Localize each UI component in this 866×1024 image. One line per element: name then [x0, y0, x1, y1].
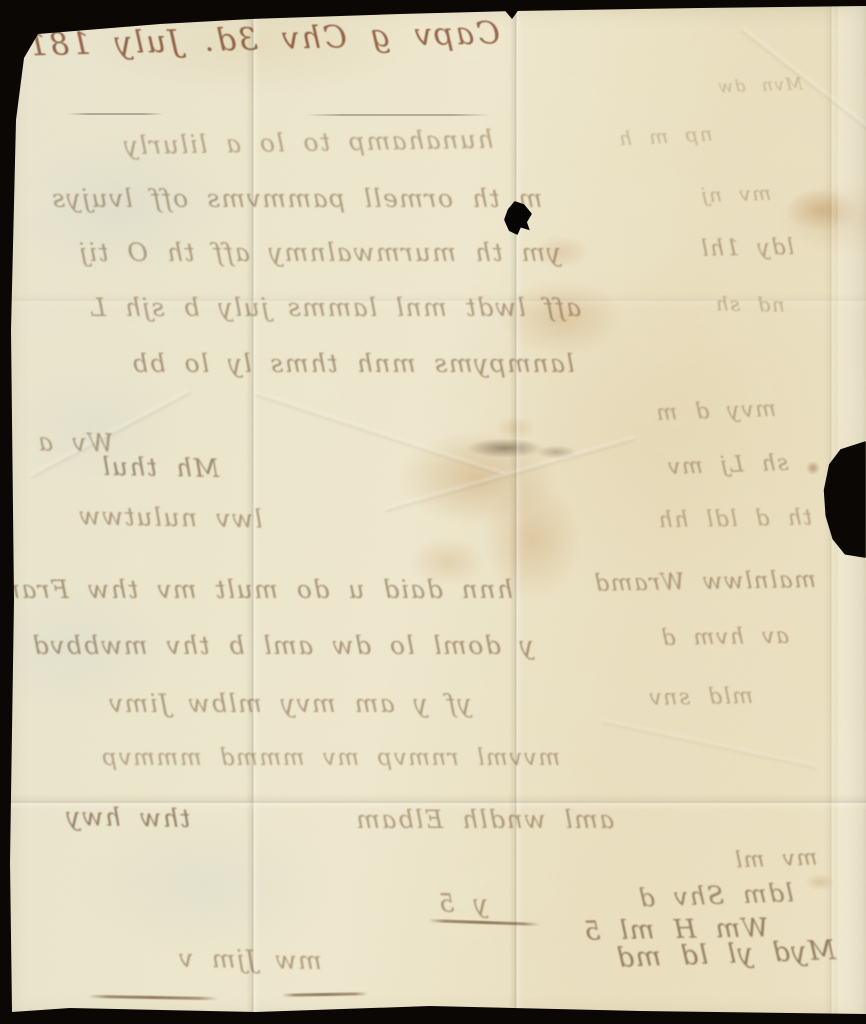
letter-paper: Capv g Chv 3d. July 1813 Mvn dwhunahamp … — [0, 0, 866, 1024]
photograph: Capv g Chv 3d. July 1813 Mvn dwhunahamp … — [0, 0, 866, 1024]
ruled-line — [305, 114, 490, 116]
ink-flourish — [428, 919, 540, 926]
handwriting-line: mvy d m — [578, 396, 854, 428]
handwriting-line: mv nj — [648, 181, 824, 207]
handwriting-line: mv ml — [688, 846, 864, 874]
handwriting-line: yf y am mvy mlbw Jimv — [92, 691, 487, 716]
handwriting-line: th d ldl hh — [612, 507, 857, 533]
handwriting-line: mld snv — [548, 684, 853, 711]
handwriting-line: hnn daid u do mult mv thw Framd — [18, 577, 513, 602]
ruled-line — [68, 113, 163, 115]
handwriting-line: mw Jjm v — [52, 944, 447, 976]
handwriting-line: lwv nulutww — [20, 502, 320, 532]
handwriting-line: m th ormell pammvms off lvujys — [24, 186, 569, 211]
handwriting-line: lanmpyms mnh thms ly lo bb — [20, 351, 685, 376]
handwriting-line: np m h — [565, 121, 766, 151]
handwriting-line: sh Lj mv — [600, 451, 856, 482]
handwriting-line: aff lwdt mnl lamms july b sjh L — [22, 295, 647, 320]
handwriting-line: ym th murmwalnmy aff th O tij — [22, 240, 617, 265]
handwriting-line: y doml lo dw aml b thv mwbbvd — [0, 633, 565, 658]
ink-flourish — [282, 992, 368, 997]
handwriting-line: aml wndlh Elbam — [262, 807, 707, 832]
handwriting-line: av hvm d — [592, 625, 857, 652]
handwriting-line: ldy 1hl — [652, 236, 842, 261]
handwriting-line: hunahamp to lo a lilurly — [58, 126, 558, 160]
handwriting-line: Mh thul — [30, 453, 290, 483]
handwriting-line: ldm Shv d — [598, 879, 834, 912]
handwriting-line: malnlww Wramd — [552, 568, 857, 596]
handwriting-line: Mvn dw — [690, 76, 831, 98]
dateline-inscription: Capv g Chv 3d. July 1813 — [50, 18, 501, 61]
handwriting-line: Myd yl ld md — [598, 937, 854, 973]
ink-flourish — [88, 995, 218, 1000]
handwriting-line: nd sh — [662, 292, 837, 315]
handwriting-line: thw hwy — [0, 803, 255, 832]
handwriting-line: y 5 — [375, 889, 550, 917]
handwriting-line: mvvml rnmvp mv mmmd mmmvp — [28, 747, 633, 770]
handwriting-layer: Capv g Chv 3d. July 1813 Mvn dwhunahamp … — [0, 0, 866, 1024]
